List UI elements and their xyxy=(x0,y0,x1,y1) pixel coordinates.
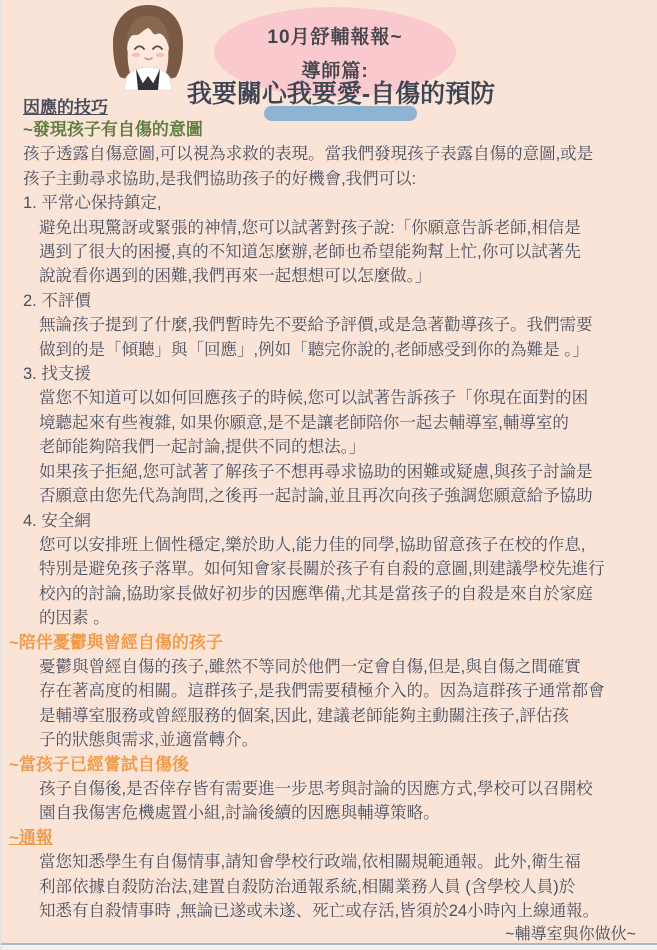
list-item: 4. 安全網 您可以安排班上個性穩定,樂於助人,能力佳的同學,協助留意孩子在校的… xyxy=(23,509,650,631)
corner-heading: 因應的技巧 xyxy=(23,93,108,118)
list-item: 1. 平常心保持鎮定, 避免出現驚訝或緊張的神情,您可以試著對孩子說:「你願意告… xyxy=(23,191,650,289)
window-bottom-strip xyxy=(1,945,657,950)
section-heading-report: ~通報 xyxy=(9,826,650,850)
page-title: 我要關心我要愛-自傷的預防 xyxy=(141,74,541,110)
list-item-text: 當您不知道可以如何回應孩子的時候,您可以試著告訴孩子「你現在面對的困 境聽起來有… xyxy=(39,386,650,459)
discover-intro: 孩子透露自傷意圖,可以視為求救的表現。當我們發現孩子表露自傷的意圖,或是 孩子主… xyxy=(23,142,650,191)
badge-line-1: 10月舒輔報報~ xyxy=(267,22,402,49)
list-item-text: 避免出現驚訝或緊張的神情,您可以試著對孩子說:「你願意告訴老師,相信是 遇到了很… xyxy=(39,216,650,289)
list-item-label: 4. 安全網 xyxy=(23,509,650,533)
list-item-text: 您可以安排班上個性穩定,樂於助人,能力佳的同學,協助留意孩子在校的作息, 特別是… xyxy=(39,533,650,631)
list-item-label: 2. 不評價 xyxy=(23,289,650,313)
list-item-text: 無論孩子提到了什麼,我們暫時先不要給予評價,或是急著勸導孩子。我們需要 做到的是… xyxy=(39,313,650,362)
accompany-text: 憂鬱與曾經自傷的孩子,雖然不等同於他們一定會自傷,但是,與自傷之間確實 存在著高… xyxy=(39,655,650,753)
report-text: 當您知悉學生有自傷情事,請知會學校行政端,依相關規範通報。此外,衛生福 利部依據… xyxy=(39,850,650,923)
section-heading-discover: ~發現孩子有自傷的意圖 xyxy=(23,118,650,142)
document-body: ~發現孩子有自傷的意圖 孩子透露自傷意圖,可以視為求救的表現。當我們發現孩子表露… xyxy=(1,118,657,948)
section-heading-accompany: ~陪伴憂鬱與曾經自傷的孩子 xyxy=(9,631,650,655)
list-item: 2. 不評價 無論孩子提到了什麼,我們暫時先不要給予評價,或是急著勸導孩子。我們… xyxy=(23,289,650,362)
newsletter-page: 10月舒輔報報~ 導師篇: 我要關心我要愛-自傷的預防 因應的技巧 ~發現孩子有… xyxy=(0,0,657,950)
after-attempt-text: 孩子自傷後,是否倖存皆有需要進一步思考與討論的因應方式,學校可以召開校 園自我傷… xyxy=(39,777,650,826)
section-heading-after-attempt: ~當孩子已經嘗試自傷後 xyxy=(9,753,650,777)
list-item-text-2: 如果孩子拒絕,您可試著了解孩子不想再尋求協助的困難或疑慮,與孩子討論是 否願意由… xyxy=(39,460,650,509)
list-item-label: 3. 找支援 xyxy=(23,362,650,386)
list-item: 3. 找支援 當您不知道可以如何回應孩子的時候,您可以試著告訴孩子「你現在面對的… xyxy=(23,362,650,508)
list-item-label: 1. 平常心保持鎮定, xyxy=(23,191,650,215)
